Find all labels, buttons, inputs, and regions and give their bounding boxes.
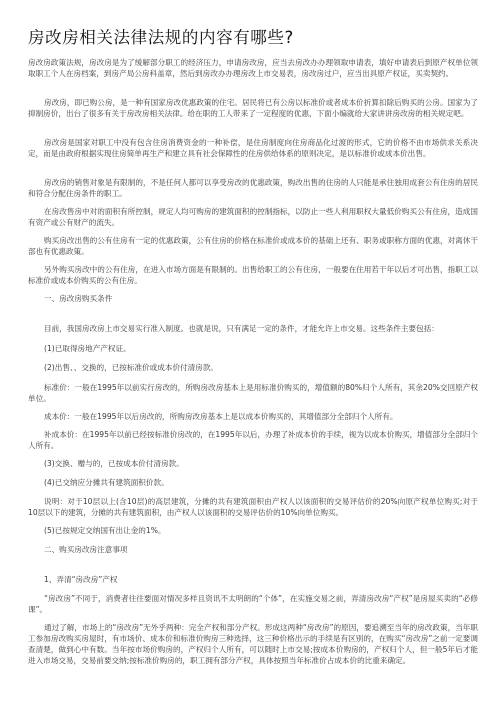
paragraph: 购买房改出售的公有住房有一定的优惠政策，公有住房的价格在标准价或成本价的基础上还… (28, 235, 478, 257)
list-item: (1)已取得房地产产权证。 (44, 343, 478, 354)
paragraph: 房改房，即已购公房，是一种有国家房改优惠政策的住宅。居民将已有公房以标准价或者成… (28, 97, 478, 119)
intro-paragraph: 房改房政策法规，房改房是为了缓解部分职工的经济压力，申请房改房，应当去房改办办理… (28, 57, 478, 79)
paragraph: 在房改售房中对的面积有所控制，规定人均可购房的建筑面积的控制指标，以防止一些人利… (28, 206, 478, 228)
paragraph: 目前，我国房改房上市交易实行准入制度。也就是说，只有满足一定的条件，才能允许上市… (44, 323, 478, 334)
paragraph: 房改房是国家对职工中没有包含住房消费资金的一种补偿，是住房制度向住房商品化过渡的… (28, 137, 478, 159)
paragraph: 房改房的销售对象是有限制的，不是任何人都可以享受房改的优惠政策，购改出售的住房的… (28, 177, 478, 199)
paragraph: 通过了解，市场上的“房改房”无外乎两种：完全产权和部分产权。形成这两种“房改房”… (28, 622, 478, 666)
note-paragraph: 说明：对于10层以上(含10层)的高层建筑，分摊的共有建筑面积由产权人以该面积的… (28, 496, 478, 518)
paragraph: 成本价：一般在1995年以后房改的，所购房改房基本上是以成本价购买的，其增值部分… (28, 411, 478, 422)
paragraph: 标准价：一般在1995年以前实行房改的，所购房改房基本上是用标准价购买的，增值额… (28, 382, 478, 404)
paragraph: 补成本价：在1995年以前已经按标准价房改的，在1995年以后，办理了补成本价的… (28, 429, 478, 451)
list-item: (2)出售、、交换的，已按标准价或成本价付清房款。 (44, 362, 478, 373)
list-item: (4)已交纳应分摊共有建筑面积价款。 (44, 477, 478, 488)
page-title: 房改房相关法律法规的内容有哪些? (28, 24, 294, 48)
paragraph: 另外购买房改中的公有住房，在进入市场方面是有限制的。出售给职工的公有住房，一般要… (28, 264, 478, 286)
sub-heading: 1、弄清“房改房”产权 (44, 574, 478, 585)
section-heading-2: 二、购买房改房注意事项 (44, 544, 478, 555)
section-heading-1: 一、房改房购买条件 (44, 293, 478, 304)
list-item: (3)交换、赠与的，已按成本价付清房款。 (44, 458, 478, 469)
list-item: (5)已按规定交纳国有出让金的1%。 (44, 525, 478, 536)
paragraph: “房改房”不同于，消费者往往要面对情况多样且资讯不太明朗的“个体”，在实施交易之… (28, 593, 478, 615)
